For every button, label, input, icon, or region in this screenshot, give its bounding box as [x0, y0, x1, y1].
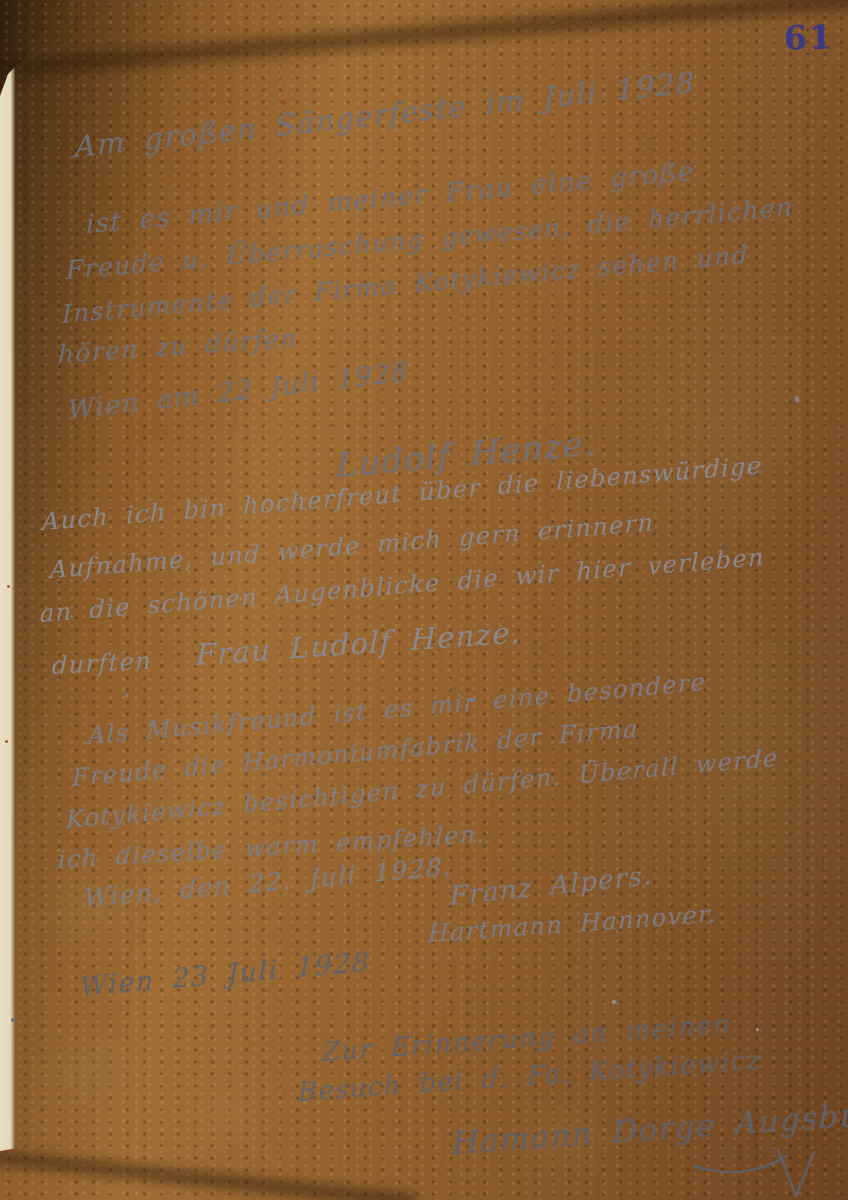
handwriting-line: hören zu dürfen: [58, 323, 298, 369]
guestbook-photo: 61 Am großen Sängerfeste im Juli 1928 is…: [0, 0, 848, 1200]
handwriting-date-vienna-23-july: Wien 23 Juli 1928: [80, 947, 370, 1004]
page-edge-speck: [7, 585, 10, 588]
guestbook-page: 61 Am großen Sängerfeste im Juli 1928 is…: [0, 0, 848, 1200]
signature-flourish-arrow: [690, 1140, 840, 1200]
red-speck: [282, 100, 287, 105]
ink-dot: [612, 1000, 616, 1004]
ink-dot: [795, 396, 799, 402]
signature-franz-alpers: Franz Alpers.: [450, 861, 653, 912]
ink-stain: [30, 1008, 162, 1134]
ink-dot: [756, 1028, 759, 1031]
ink-stain: [150, 1066, 292, 1158]
page-number: 61: [783, 17, 834, 57]
page-edge-speck: [11, 1018, 15, 1022]
handwriting-line: durften: [52, 647, 153, 680]
page-edge-speck: [5, 740, 8, 743]
ink-dot: [125, 694, 128, 697]
handwriting-date-vienna-22-july: Wien am 22 Juli 1928: [68, 357, 410, 426]
handwriting-line-festival-heading: Am großen Sängerfeste im Juli 1928: [75, 65, 696, 164]
signature-frau-ludolf-henze: Frau Ludolf Henze.: [196, 615, 522, 672]
page-crease: [28, 935, 31, 1150]
